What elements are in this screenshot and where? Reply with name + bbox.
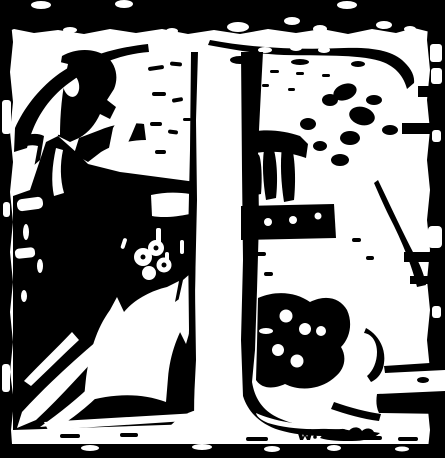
bush-hole [272, 344, 284, 356]
frame-nick [264, 446, 280, 452]
bush-hole [316, 326, 326, 336]
foliage-blotch [313, 141, 327, 151]
ground-dash [60, 434, 80, 438]
rosette-center [141, 255, 146, 260]
frame-nick [166, 28, 178, 34]
frame-gap [432, 306, 441, 318]
frame-bottom [0, 444, 445, 458]
frame-gap [3, 202, 10, 217]
serif-speckle [318, 47, 330, 53]
bush-hole [280, 310, 293, 323]
hedge-dot [289, 216, 297, 224]
frame-gap [432, 130, 441, 142]
carved-slash [180, 240, 184, 254]
frame-nick [313, 25, 327, 33]
serif-shadow-blotch [351, 61, 365, 67]
speckle-mark [366, 256, 374, 260]
bench-shadow-band [376, 391, 445, 414]
step-ledge [402, 123, 432, 134]
rosette-center [154, 246, 159, 251]
frame-gap [2, 364, 10, 392]
frame-gap [430, 44, 442, 62]
frame-bottom-band [0, 444, 445, 458]
hatch-mark [152, 92, 166, 96]
bush-hole [259, 328, 273, 334]
speckle-mark [296, 72, 304, 75]
frame-nick [63, 27, 77, 33]
frame-nick [115, 0, 133, 8]
serif-shadow-blotch [291, 59, 309, 65]
frame-gap [428, 226, 442, 248]
bench-mark [417, 377, 429, 383]
frame-gap [431, 68, 442, 84]
frame-nick [395, 447, 409, 452]
frame-nick [31, 1, 51, 9]
rosette-petal [142, 266, 156, 280]
foliage-blotch [322, 94, 338, 106]
frame-nick [192, 444, 212, 450]
signature-dot [313, 435, 317, 439]
step-ledge [418, 86, 432, 97]
frame-nick [337, 1, 357, 9]
bush-hole [291, 355, 304, 368]
hatch-mark [183, 118, 191, 121]
speckle-mark [262, 84, 269, 87]
speckle-mark [264, 272, 273, 276]
speckle [23, 224, 29, 240]
foliage-blotch [340, 131, 360, 145]
speckle-mark [288, 88, 295, 91]
frame-gap [2, 100, 11, 134]
frame-nick [81, 445, 99, 451]
speckle-mark [322, 74, 330, 77]
frame-nick [284, 17, 300, 25]
ground-dash [246, 437, 268, 441]
hatch-mark [155, 150, 166, 154]
frame-nick [376, 21, 392, 29]
frame-nick [227, 22, 249, 32]
serif-speckle [290, 45, 302, 51]
speckle-mark [352, 238, 361, 242]
ground-dash [398, 437, 418, 441]
hatch-mark [150, 122, 162, 126]
woodcut-initial-t: T [0, 0, 445, 458]
speckle-mark [270, 70, 279, 73]
bush-hole [299, 323, 311, 335]
speckle [37, 259, 43, 273]
hedge-dot [315, 213, 322, 220]
ground-dash [120, 433, 138, 437]
foliage-blotch [366, 95, 382, 105]
frame-nick [327, 445, 341, 451]
foliage-blotch [382, 125, 398, 135]
frame-nick [404, 26, 416, 32]
rosette-center [162, 263, 167, 268]
hedge-dot [264, 218, 272, 226]
foliage-blotch [331, 154, 349, 166]
speckle [21, 290, 27, 302]
foliage-blotch [300, 118, 316, 130]
woodcut-engraving [0, 0, 445, 458]
bush-mass [256, 293, 350, 388]
background-patch [151, 193, 190, 217]
